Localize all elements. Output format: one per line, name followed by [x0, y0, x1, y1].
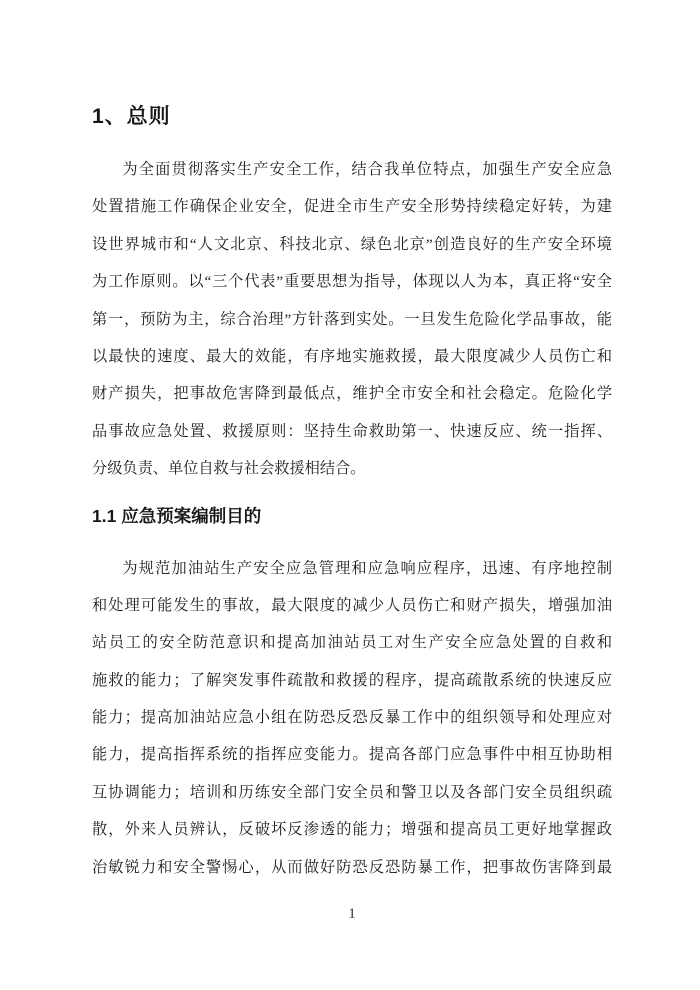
text-line: 治敏锐力和安全警惕心，从而做好防恐反恐防暴工作，把事故伤害降到最 [92, 849, 612, 886]
text-line: 能力，提高指挥系统的指挥应变能力。提高各部门应急事件中相互协助相 [92, 736, 612, 773]
text-line: 第一，预防为主，综合治理”方针落到实处。一旦发生危险化学品事故，能 [92, 301, 612, 338]
text-line: 为全面贯彻落实生产安全工作，结合我单位特点，加强生产安全应急 [92, 151, 612, 188]
section-heading: 1.1 应急预案编制目的 [92, 504, 612, 528]
document-page: 1、总则 为全面贯彻落实生产安全工作，结合我单位特点，加强生产安全应急 处置措施… [0, 0, 700, 990]
page-number: 1 [92, 904, 612, 924]
text-line: 施救的能力；了解突发事件疏散和救援的程序，提高疏散系统的快速反应 [92, 662, 612, 699]
text-line: 和处理可能发生的事故，最大限度的减少人员伤亡和财产损失，增强加油 [92, 587, 612, 624]
text-line: 财产损失，把事故危害降到最低点，维护全市安全和社会稳定。危险化学 [92, 375, 612, 412]
text-line: 分级负责、单位自救与社会救援相结合。 [92, 450, 612, 487]
section-1-paragraph: 为全面贯彻落实生产安全工作，结合我单位特点，加强生产安全应急 处置措施工作确保企… [92, 151, 612, 488]
text-line: 站员工的安全防范意识和提高加油站员工对生产安全应急处置的自救和 [92, 624, 612, 661]
text-line: 能力；提高加油站应急小组在防恐反恐反暴工作中的组织领导和处理应对 [92, 699, 612, 736]
text-line: 为工作原则。以“三个代表”重要思想为指导，体现以人为本，真正将“安全 [92, 263, 612, 300]
text-line: 以最快的速度、最大的效能，有序地实施救援，最大限度减少人员伤亡和 [92, 338, 612, 375]
chapter-heading: 1、总则 [92, 0, 612, 131]
text-line: 处置措施工作确保企业安全，促进全市生产安全形势持续稳定好转，为建 [92, 188, 612, 225]
text-line: 互协调能力；培训和历练安全部门安全员和警卫以及各部门安全员组织疏 [92, 774, 612, 811]
section-1-1-paragraph: 为规范加油站生产安全应急管理和应急响应程序，迅速、有序地控制 和处理可能发生的事… [92, 550, 612, 887]
text-line: 设世界城市和“人文北京、科技北京、绿色北京”创造良好的生产安全环境 [92, 226, 612, 263]
text-line: 品事故应急处置、救援原则：坚持生命救助第一、快速反应、统一指挥、 [92, 413, 612, 450]
text-line: 散，外来人员辨认，反破坏反渗透的能力；增强和提高员工更好地掌握政 [92, 811, 612, 848]
text-line: 为规范加油站生产安全应急管理和应急响应程序，迅速、有序地控制 [92, 550, 612, 587]
